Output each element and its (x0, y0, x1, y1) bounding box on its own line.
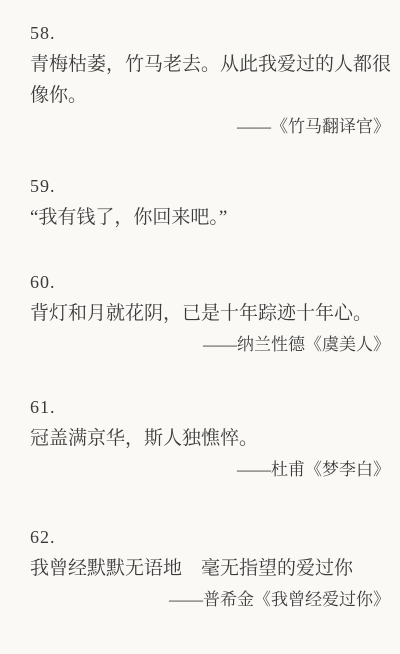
quote-page: 58. 青梅枯萎，竹马老去。从此我爱过的人都很 像你。 ——《竹马翻译官》 59… (0, 0, 400, 654)
quote-text-line: 背灯和月就花阴，已是十年踪迹十年心。 (30, 298, 390, 329)
quote-text-line: 青梅枯萎，竹马老去。从此我爱过的人都很 (30, 49, 390, 80)
quote-attribution: ——《竹马翻译官》 (30, 111, 390, 143)
quote-attribution: ——普希金《我曾经爱过你》 (30, 584, 390, 616)
quote-text-line: 冠盖满京华，斯人独憔悴。 (30, 423, 390, 454)
quote-text-line: 我曾经默默无语地 毫无指望的爱过你 (30, 553, 390, 584)
quote-text-line: “我有钱了，你回来吧。” (30, 202, 390, 233)
quote-number: 62. (30, 521, 390, 553)
quote-section-60: 60. 背灯和月就花阴，已是十年踪迹十年心。 ——纳兰性德《虞美人》 (30, 266, 390, 361)
quote-number: 58. (30, 17, 390, 49)
quote-section-61: 61. 冠盖满京华，斯人独憔悴。 ——杜甫《梦李白》 (30, 391, 390, 486)
quote-attribution: ——纳兰性德《虞美人》 (30, 329, 390, 361)
quote-section-62: 62. 我曾经默默无语地 毫无指望的爱过你 ——普希金《我曾经爱过你》 (30, 521, 390, 616)
quote-text-line: 像你。 (30, 80, 390, 111)
quote-number: 61. (30, 391, 390, 423)
quote-attribution: ——杜甫《梦李白》 (30, 454, 390, 486)
quote-number: 59. (30, 170, 390, 202)
quote-section-58: 58. 青梅枯萎，竹马老去。从此我爱过的人都很 像你。 ——《竹马翻译官》 (30, 17, 390, 143)
quote-number: 60. (30, 266, 390, 298)
quote-section-59: 59. “我有钱了，你回来吧。” (30, 170, 390, 233)
